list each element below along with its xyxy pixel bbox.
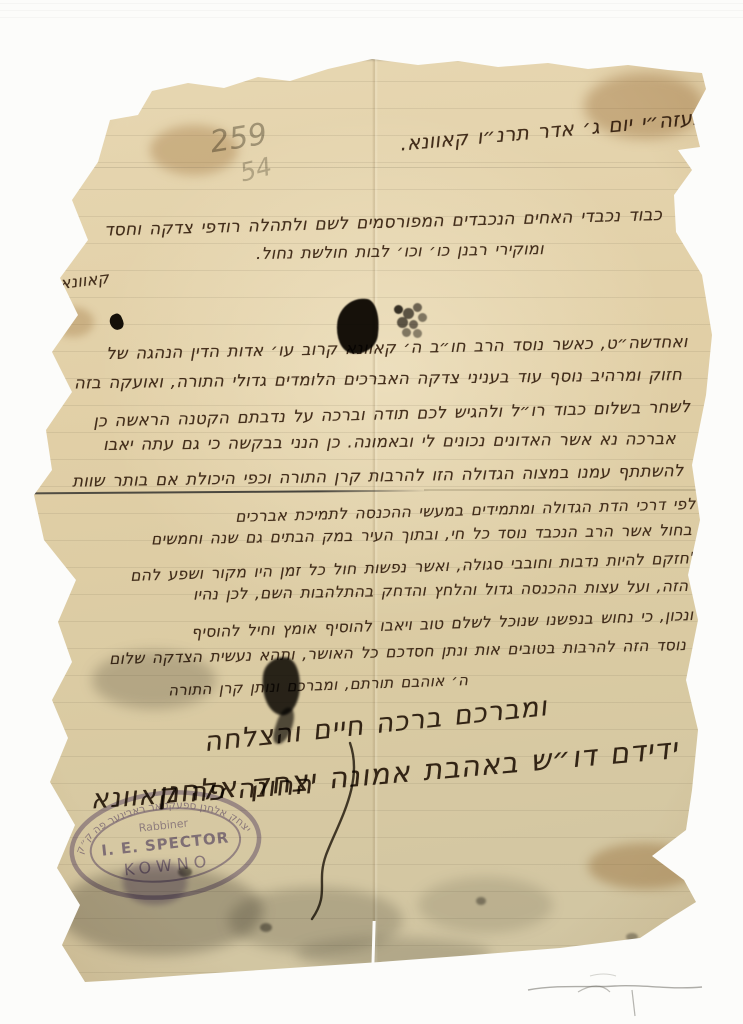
letter-paper: 259 54 בעזה״י יום ג׳ אדר תרנ״ו קאוונא. כ… bbox=[28, 55, 718, 987]
stamp-rabbiner-label: Rabbiner bbox=[138, 817, 189, 835]
scanner-streaks bbox=[0, 3, 743, 23]
top-edge-shadow bbox=[118, 57, 678, 60]
scanned-letter-page: 259 54 בעזה״י יום ג׳ אדר תרנ״ו קאוונא. כ… bbox=[0, 0, 743, 1024]
stamp-bottom-ornament bbox=[123, 863, 187, 905]
stamp-name-label: I. E. SPECTOR bbox=[101, 828, 230, 859]
pencil-scribble-bottom-right bbox=[520, 972, 720, 1022]
